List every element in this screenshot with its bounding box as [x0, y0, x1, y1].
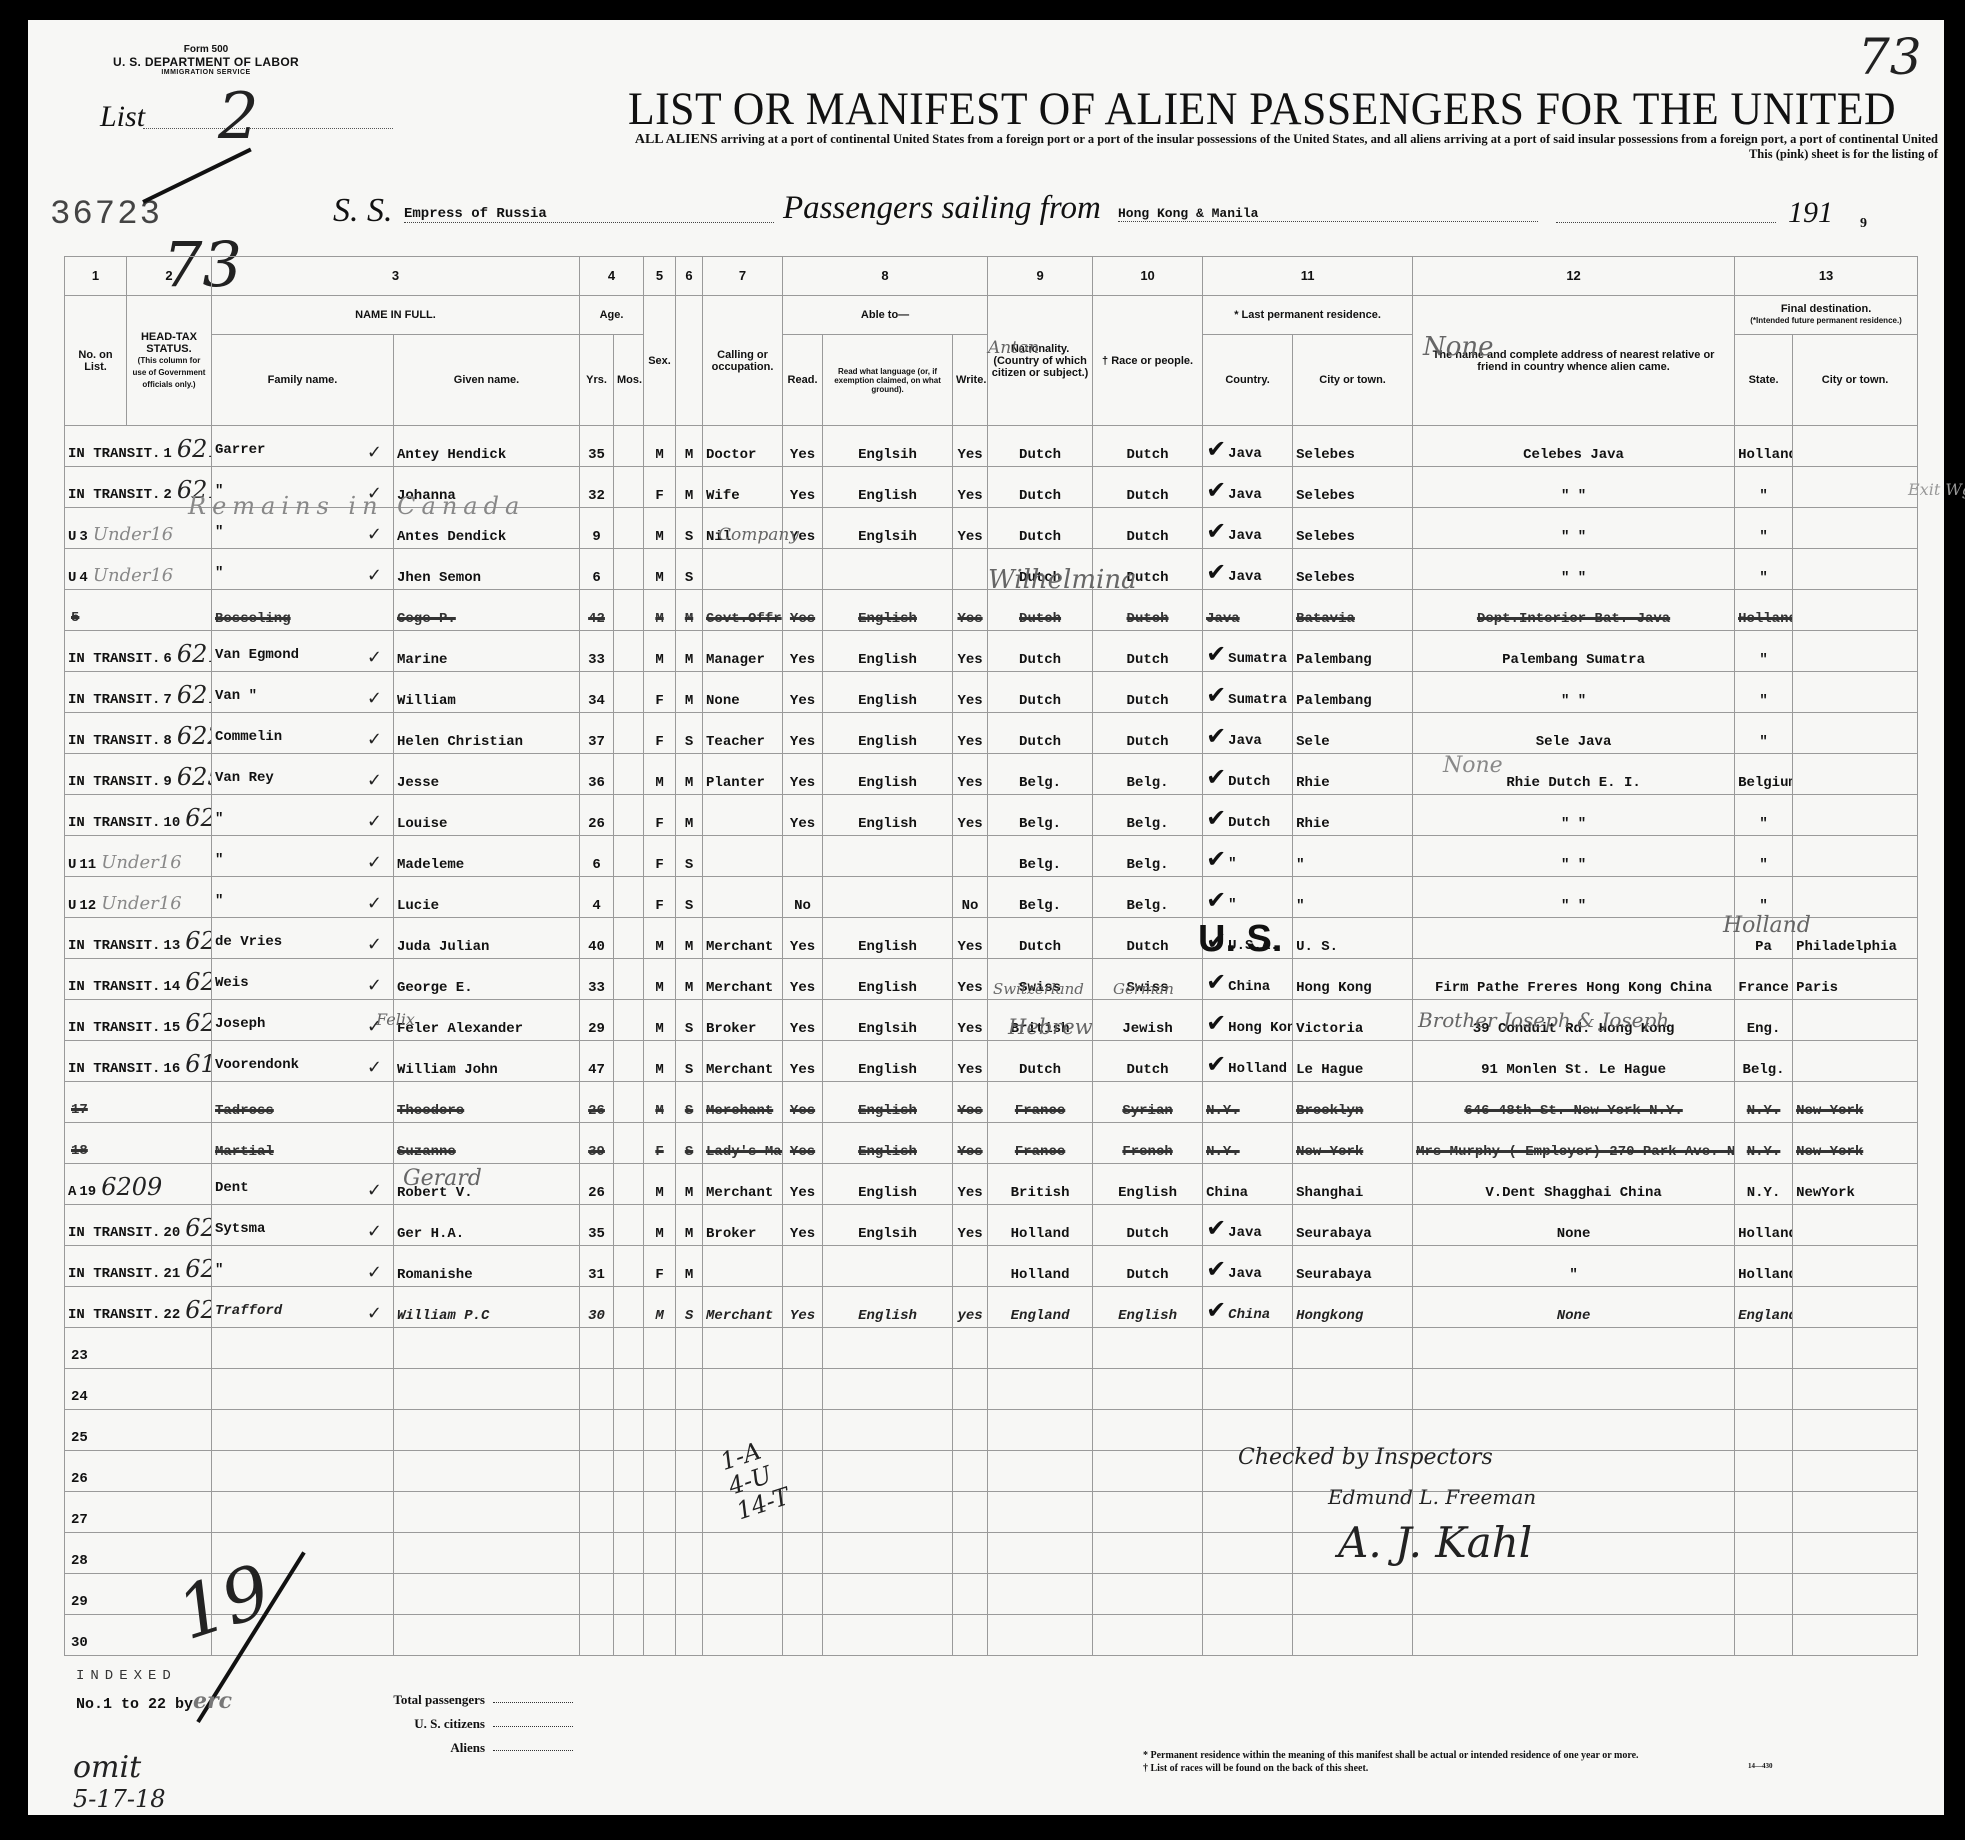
residence-country: Holland [1228, 1061, 1287, 1077]
head-tax-number: Under16 [93, 524, 173, 545]
sex-cell: F [644, 713, 676, 754]
family-name-cell: "✓ [212, 877, 394, 918]
read-language-cell: English [823, 467, 953, 508]
given-name-cell: Jhen Semon [394, 549, 580, 590]
read-language-cell [823, 836, 953, 877]
us-citizens-label: U. S. citizens [414, 1716, 485, 1740]
residence-country-cell [1203, 1574, 1293, 1615]
family-name: Garrer [215, 442, 265, 458]
marital-status-cell: S [676, 713, 703, 754]
family-name: " [215, 565, 223, 581]
read-language-cell: Englsih [823, 1000, 953, 1041]
age-years-cell [580, 1328, 614, 1369]
read-language-cell: English [823, 918, 953, 959]
race-cell: Syrian [1093, 1082, 1203, 1123]
residence-city-cell: Batavia [1293, 590, 1413, 631]
omit-date: 5-17-18 [73, 1785, 166, 1813]
occupation-cell: Doctor [703, 426, 783, 467]
head-tax-number: Under16 [93, 565, 173, 586]
annotation-remains-canada: Remains in Canada [188, 492, 525, 520]
can-read-cell: Yes [783, 713, 823, 754]
sex-cell: M [644, 631, 676, 672]
annotation-company: Company [718, 525, 799, 545]
header-race: † Race or people. [1093, 296, 1203, 426]
nationality-cell: Dutch [988, 918, 1093, 959]
race-cell [1093, 1615, 1203, 1656]
header-read: Read. [783, 335, 823, 426]
inspector-check-icon: ✔ [1206, 1009, 1226, 1037]
sex-cell: F [644, 672, 676, 713]
header-no-on-list: No. on List. [65, 296, 127, 426]
annotation-gerard: Gerard [403, 1166, 482, 1191]
marital-status-cell: S [676, 836, 703, 877]
family-name: " [215, 1262, 223, 1278]
can-write-cell: Yes [953, 426, 988, 467]
table-row: 5BesselingCege P.42MMGovt.OffrYesEnglish… [65, 590, 1965, 631]
margin-cell [1918, 1205, 1965, 1246]
can-read-cell [783, 1246, 823, 1287]
head-tax-number: 6216 [177, 640, 212, 668]
family-name: Van Egmond [215, 647, 299, 663]
nationality-cell: Dutch [988, 467, 1093, 508]
manifest-table: 1 2 3 4 5 6 7 8 9 10 11 12 13 No. on Lis… [64, 256, 1965, 1656]
residence-country-cell: ✔Java [1203, 549, 1293, 590]
destination-state-cell: Holland [1735, 590, 1793, 631]
destination-state-cell: France [1735, 959, 1793, 1000]
transit-status: IN TRANSIT. [68, 938, 160, 954]
nationality-cell [988, 1328, 1093, 1369]
table-row: 24 [65, 1369, 1965, 1410]
inspector-check-icon: ✔ [1206, 804, 1226, 832]
age-years-cell: 39 [580, 1123, 614, 1164]
residence-country-cell: ✔Dutch [1203, 754, 1293, 795]
nationality-cell: Dutch [988, 426, 1093, 467]
aliens-blank [493, 1740, 573, 1751]
sex-cell: F [644, 1246, 676, 1287]
subtitle-line-1: arriving at a port of continental United… [721, 132, 1938, 146]
row-number: 9 [163, 774, 171, 790]
race-cell: Belg. [1093, 795, 1203, 836]
inspector-signature-2: A. J. Kahl [1338, 1518, 1532, 1567]
given-name-cell: Romanishe [394, 1246, 580, 1287]
residence-country-cell [1203, 1328, 1293, 1369]
age-years-cell: 37 [580, 713, 614, 754]
destination-city-cell [1793, 1205, 1918, 1246]
nearest-relative-cell [1413, 1369, 1735, 1410]
occupation-cell [703, 1615, 783, 1656]
residence-country: Sumatra [1228, 651, 1287, 667]
destination-state-cell [1735, 1492, 1793, 1533]
residence-country-cell: Java [1203, 590, 1293, 631]
age-months-cell [614, 959, 644, 1000]
date-blank [1556, 206, 1776, 223]
row-status-cell: IN TRANSIT.136227 [65, 918, 212, 959]
nearest-relative-cell: " " [1413, 508, 1735, 549]
col-num-5: 5 [644, 257, 676, 296]
nationality-cell: Belg. [988, 795, 1093, 836]
age-months-cell [614, 426, 644, 467]
family-name-cell: Van Rey✓ [212, 754, 394, 795]
inspector-check-icon: ✔ [1206, 886, 1226, 914]
can-write-cell: Yes [953, 672, 988, 713]
given-name-cell: William [394, 672, 580, 713]
read-language-cell: Englsih [823, 508, 953, 549]
row-status-cell: 17 [65, 1082, 212, 1123]
can-read-cell [783, 549, 823, 590]
nearest-relative-cell: " " [1413, 467, 1735, 508]
given-name-cell: Jesse [394, 754, 580, 795]
list-label: List [100, 100, 145, 134]
family-name-cell [212, 1369, 394, 1410]
residence-city-cell: Victoria [1293, 1000, 1413, 1041]
destination-state-cell: N.Y. [1735, 1123, 1793, 1164]
margin-cell [1918, 754, 1965, 795]
marital-status-cell: M [676, 754, 703, 795]
marital-status-cell [676, 1328, 703, 1369]
family-name-cell: Besseling [212, 590, 394, 631]
age-months-cell [614, 713, 644, 754]
row-status-cell: 5 [65, 590, 212, 631]
us-citizens-line: U. S. citizens [273, 1716, 573, 1740]
margin-cell [1918, 918, 1965, 959]
given-name-cell: Cege P. [394, 590, 580, 631]
indexed-range: No.1 to 22 by [76, 1696, 193, 1713]
family-name-cell: Joseph✓ [212, 1000, 394, 1041]
destination-state-cell [1735, 1369, 1793, 1410]
marital-status-cell: M [676, 918, 703, 959]
table-row: IN TRANSIT.106254"✓Louise26FMYesEnglishY… [65, 795, 1965, 836]
age-months-cell [614, 1492, 644, 1533]
sex-cell: F [644, 467, 676, 508]
residence-country-cell [1203, 1533, 1293, 1574]
can-read-cell: Yes [783, 1205, 823, 1246]
header-country: Country. [1203, 335, 1293, 426]
col-num-13: 13 [1735, 257, 1918, 296]
residence-city-cell [1293, 1574, 1413, 1615]
read-language-cell [823, 1369, 953, 1410]
row-number: 16 [163, 1061, 180, 1077]
destination-state-cell: N.Y. [1735, 1082, 1793, 1123]
header-name-in-full: NAME IN FULL. [212, 296, 580, 335]
family-name-cell: Martial [212, 1123, 394, 1164]
annotation-switzerland: Switzerland [993, 980, 1084, 998]
race-cell: English [1093, 1164, 1203, 1205]
form-number: Form 500 [106, 44, 306, 55]
margin-cell [1918, 877, 1965, 918]
table-row: 25 [65, 1410, 1965, 1451]
race-cell [1093, 1492, 1203, 1533]
age-years-cell: 40 [580, 918, 614, 959]
destination-city-cell [1793, 426, 1918, 467]
row-number: 4 [79, 570, 87, 586]
nationality-cell: Belg. [988, 877, 1093, 918]
read-language-cell [823, 1451, 953, 1492]
residence-city-cell [1293, 1369, 1413, 1410]
marital-status-cell [676, 1451, 703, 1492]
read-language-cell: English [823, 1041, 953, 1082]
nearest-relative-cell [1413, 1574, 1735, 1615]
race-cell: Dutch [1093, 590, 1203, 631]
table-row: 27 [65, 1492, 1965, 1533]
age-months-cell [614, 836, 644, 877]
header-head-tax: HEAD-TAX STATUS.(This column for use of … [127, 296, 212, 426]
age-months-cell [614, 1082, 644, 1123]
destination-state-cell: Belg. [1735, 1041, 1793, 1082]
nearest-relative-cell [1413, 1328, 1735, 1369]
occupation-cell [703, 877, 783, 918]
headtax-check-icon: ✓ [367, 442, 382, 463]
margin-cell [1918, 1533, 1965, 1574]
can-read-cell: Yes [783, 1287, 823, 1328]
occupation-cell: Merchant [703, 918, 783, 959]
residence-country-cell: ✔China [1203, 1287, 1293, 1328]
margin-cell [1918, 795, 1965, 836]
read-language-cell: English [823, 1123, 953, 1164]
residence-country: N.Y. [1206, 1103, 1240, 1119]
inspector-check-icon: ✔ [1206, 1214, 1226, 1242]
read-language-cell: Englsih [823, 426, 953, 467]
sex-cell: M [644, 959, 676, 1000]
can-read-cell: Yes [783, 959, 823, 1000]
race-cell: English [1093, 1287, 1203, 1328]
marital-status-cell: S [676, 508, 703, 549]
transit-status: IN TRANSIT. [68, 1266, 160, 1282]
can-write-cell: Yes [953, 631, 988, 672]
family-name: " [215, 524, 223, 540]
age-months-cell [614, 1328, 644, 1369]
read-language-cell [823, 1328, 953, 1369]
can-write-cell [953, 549, 988, 590]
destination-city-cell [1793, 877, 1918, 918]
margin-cell [1918, 959, 1965, 1000]
table-row: IN TRANSIT.226232Trafford✓William P.C30M… [65, 1287, 1965, 1328]
headtax-check-icon: ✓ [367, 811, 382, 832]
sex-cell [644, 1615, 676, 1656]
row-status-cell: IN TRANSIT.146256 [65, 959, 212, 1000]
indexed-initials: erc [193, 1688, 232, 1714]
header-final-destination: Final destination.(*Intended future perm… [1735, 296, 1918, 335]
destination-city-cell [1793, 795, 1918, 836]
family-name: de Vries [215, 934, 282, 950]
family-name-cell: Weis✓ [212, 959, 394, 1000]
header-mos: Mos. [614, 335, 644, 426]
can-read-cell: Yes [783, 1082, 823, 1123]
row-status-cell: IN TRANSIT.156255 [65, 1000, 212, 1041]
age-months-cell [614, 1205, 644, 1246]
destination-state-cell [1735, 1533, 1793, 1574]
nearest-relative-cell: None [1413, 1205, 1735, 1246]
race-cell [1093, 1451, 1203, 1492]
ship-name: Empress of Russia [404, 206, 774, 223]
age-months-cell [614, 672, 644, 713]
occupation-cell: None [703, 672, 783, 713]
age-years-cell: 34 [580, 672, 614, 713]
occupation-cell: Manager [703, 631, 783, 672]
row-number: 1 [163, 446, 171, 462]
destination-state-cell: Holland [1735, 1205, 1793, 1246]
final-destination-note: (*Intended future permanent residence.) [1738, 315, 1914, 327]
residence-city-cell: " [1293, 836, 1413, 877]
col-num-7: 7 [703, 257, 783, 296]
age-years-cell [580, 1533, 614, 1574]
destination-city-cell [1793, 754, 1918, 795]
family-name-cell: "✓ [212, 795, 394, 836]
given-name-cell [394, 1451, 580, 1492]
residence-country: China [1228, 979, 1270, 995]
occupation-cell [703, 549, 783, 590]
residence-country: Java [1228, 487, 1262, 503]
head-tax-number: 6221 [185, 1255, 211, 1283]
occupation-cell [703, 836, 783, 877]
nearest-relative-cell: 646 48th St. New York N.Y. [1413, 1082, 1735, 1123]
nationality-cell: Dutch [988, 672, 1093, 713]
read-language-cell [823, 1246, 953, 1287]
read-language-cell: English [823, 1287, 953, 1328]
occupation-cell [703, 1328, 783, 1369]
residence-country-cell: ✔Java [1203, 1205, 1293, 1246]
table-row: U12Under16"✓Lucie4FSNoNoBelg.Belg.✔""" "… [65, 877, 1965, 918]
us-stamp: U. S. [1198, 918, 1282, 961]
race-cell: French [1093, 1123, 1203, 1164]
family-name-cell: Van Egmond✓ [212, 631, 394, 672]
margin-cell [1918, 1615, 1965, 1656]
sex-cell: F [644, 795, 676, 836]
marital-status-cell [676, 1492, 703, 1533]
age-months-cell [614, 1451, 644, 1492]
aliens-label: Aliens [450, 1740, 485, 1764]
margin-cell [1918, 1082, 1965, 1123]
row-status-cell: 28 [65, 1533, 212, 1574]
headtax-check-icon: ✓ [367, 1221, 382, 1242]
read-language-cell [823, 1410, 953, 1451]
occupation-cell: Merchant [703, 1287, 783, 1328]
aliens-line: Aliens [273, 1740, 573, 1764]
residence-city-cell: Shanghai [1293, 1164, 1413, 1205]
headtax-check-icon: ✓ [367, 770, 382, 791]
table-row: IN TRANSIT.216221"✓Romanishe31FMHollandD… [65, 1246, 1965, 1287]
residence-city-cell: Seurabaya [1293, 1246, 1413, 1287]
read-language-cell: English [823, 631, 953, 672]
can-read-cell: Yes [783, 1164, 823, 1205]
can-read-cell: Yes [783, 631, 823, 672]
head-tax-number: Under16 [101, 852, 181, 873]
margin-cell [1918, 549, 1965, 590]
totals-block: Total passengers U. S. citizens Aliens [273, 1692, 573, 1764]
residence-country-cell: ✔Java [1203, 713, 1293, 754]
transit-status: U [68, 857, 76, 873]
can-write-cell: No [953, 877, 988, 918]
marital-status-cell: M [676, 631, 703, 672]
race-cell: Dutch [1093, 1041, 1203, 1082]
sex-cell [644, 1533, 676, 1574]
marital-status-cell: S [676, 1287, 703, 1328]
destination-city-cell [1793, 1000, 1918, 1041]
given-name-cell [394, 1369, 580, 1410]
table-row: 29 [65, 1574, 1965, 1615]
residence-city-cell: Palembang [1293, 631, 1413, 672]
nearest-relative-cell: 91 Monlen St. Le Hague [1413, 1041, 1735, 1082]
destination-city-cell [1793, 1451, 1918, 1492]
destination-state-cell: " [1735, 672, 1793, 713]
destination-city-cell [1793, 590, 1918, 631]
headtax-check-icon: ✓ [367, 647, 382, 668]
ship-number-slash [142, 148, 252, 204]
inspector-check-icon: ✔ [1206, 1296, 1226, 1324]
manifest-sheet: Form 500 U. S. DEPARTMENT OF LABOR IMMIG… [28, 20, 1944, 1815]
marital-status-cell: M [676, 590, 703, 631]
read-language-cell: English [823, 754, 953, 795]
destination-state-cell [1735, 1451, 1793, 1492]
age-years-cell [580, 1615, 614, 1656]
destination-state-cell: Holland [1735, 426, 1793, 467]
marital-status-cell: S [676, 549, 703, 590]
occupation-cell: Wife [703, 467, 783, 508]
transit-status: IN TRANSIT. [68, 774, 160, 790]
nationality-cell [988, 1369, 1093, 1410]
subtitle-lead: ALL ALIENS [635, 132, 718, 147]
row-number: 12 [79, 898, 96, 914]
residence-city-cell: Hongkong [1293, 1287, 1413, 1328]
inspector-check-icon: ✔ [1206, 722, 1226, 750]
header-calling: Calling or occupation. [703, 296, 783, 426]
inspector-signature-1: Edmund L. Freeman [1328, 1485, 1536, 1509]
margin-cell [1918, 1041, 1965, 1082]
subtitle: ALL ALIENS arriving at a port of contine… [228, 132, 1938, 162]
nationality-cell: France [988, 1082, 1093, 1123]
family-name: Trafford [215, 1303, 282, 1319]
age-years-cell [580, 1492, 614, 1533]
residence-city-cell: Sele [1293, 713, 1413, 754]
residence-country-cell: ✔Hong Kong [1203, 1000, 1293, 1041]
col-num-4: 4 [580, 257, 644, 296]
inspector-check-icon: ✔ [1206, 968, 1226, 996]
row-number: 30 [71, 1635, 88, 1651]
headtax-check-icon: ✓ [367, 524, 382, 545]
nationality-cell [988, 1615, 1093, 1656]
nearest-relative-cell: Palembang Sumatra [1413, 631, 1735, 672]
row-number: 27 [71, 1512, 88, 1528]
passenger-rows: IN TRANSIT.16218Garrer✓Antey Hendick35MM… [65, 426, 1965, 1656]
age-years-cell: 4 [580, 877, 614, 918]
head-tax-number: 6220 [185, 1214, 211, 1242]
sex-cell [644, 1451, 676, 1492]
race-cell: Dutch [1093, 918, 1203, 959]
header-age: Age. [580, 296, 644, 335]
row-number: 20 [163, 1225, 180, 1241]
col-num-12: 12 [1413, 257, 1735, 296]
residence-city-cell [1293, 1615, 1413, 1656]
row-number: 22 [163, 1307, 180, 1323]
race-cell: Belg. [1093, 836, 1203, 877]
row-status-cell: IN TRANSIT.216221 [65, 1246, 212, 1287]
residence-country-cell [1203, 1615, 1293, 1656]
residence-country-cell: N.Y. [1203, 1082, 1293, 1123]
table-row: 23 [65, 1328, 1965, 1369]
header-dest-city: City or town. [1793, 335, 1918, 426]
row-number: 26 [71, 1471, 88, 1487]
sex-cell: M [644, 754, 676, 795]
table-row: IN TRANSIT.206220Sytsma✓Ger H.A.35MMBrok… [65, 1205, 1965, 1246]
col-num-6: 6 [676, 257, 703, 296]
age-years-cell: 35 [580, 1205, 614, 1246]
given-name-cell: Lucie [394, 877, 580, 918]
row-status-cell: 18 [65, 1123, 212, 1164]
row-number: 29 [71, 1594, 88, 1610]
occupation-cell [703, 1574, 783, 1615]
nearest-relative-cell: Sele Java [1413, 713, 1735, 754]
annotation-wilhelmina: Wilhelmina [988, 565, 1137, 595]
residence-country: Hong Kong [1228, 1020, 1292, 1036]
